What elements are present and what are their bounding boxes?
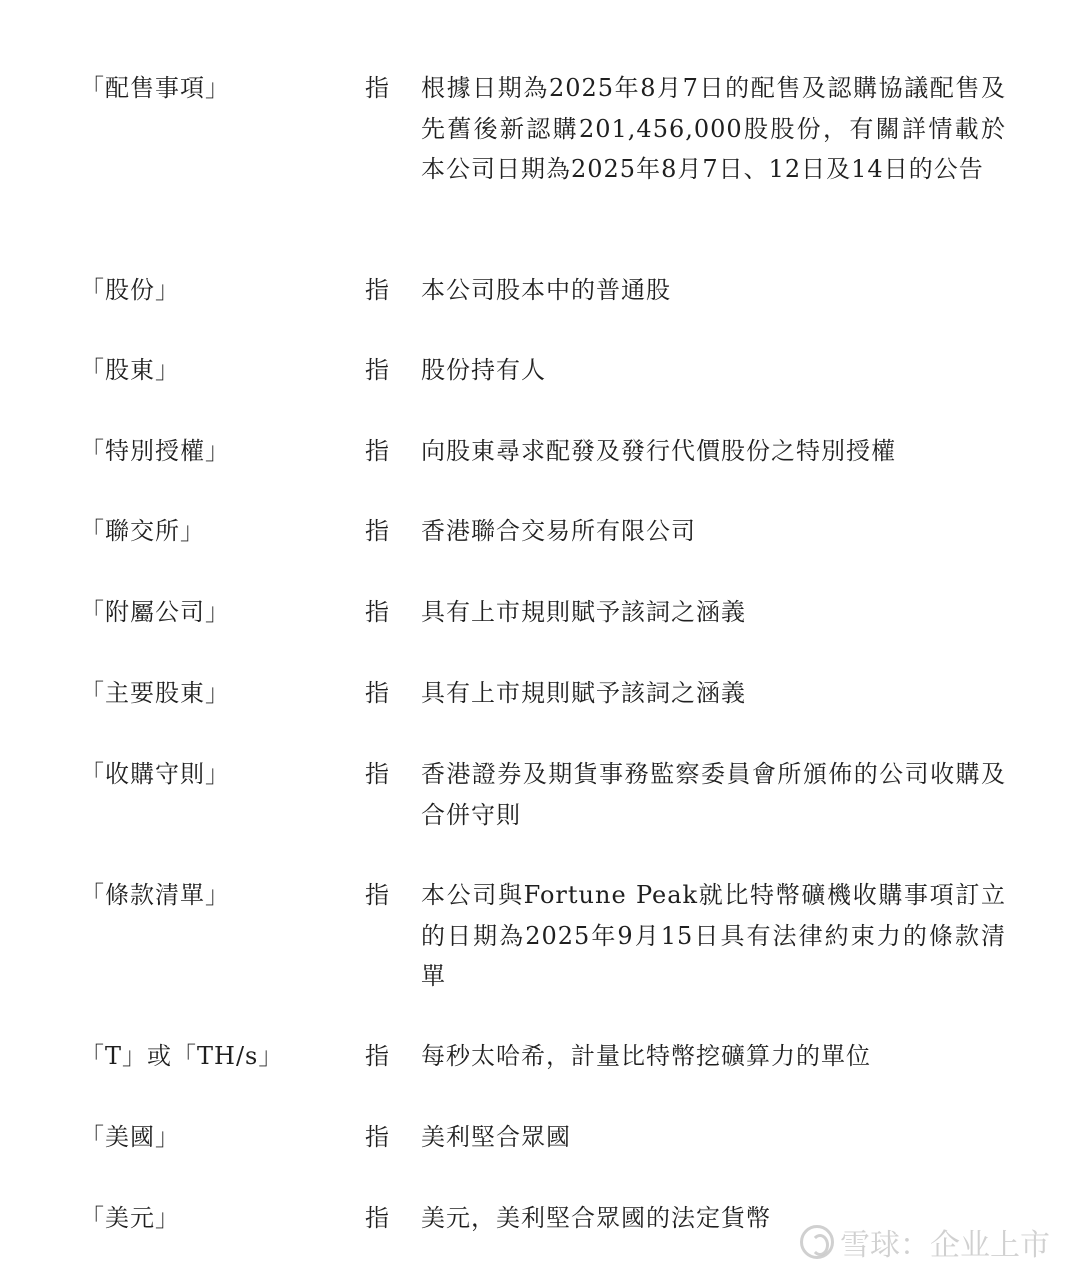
definition-term: 「配售事項」 [80, 68, 230, 108]
means-label: 指 [365, 511, 389, 551]
watermark: 雪球：企业上市 [800, 1220, 1050, 1264]
watermark-text: 雪球：企业上市 [840, 1220, 1050, 1264]
definition-description: 本公司與Fortune Peak就比特幣礦機收購事項訂立的日期為2025年9月1… [421, 875, 1006, 997]
definition-description: 向股東尋求配發及發行代價股份之特別授權 [421, 431, 1006, 472]
definition-description: 本公司股本中的普通股 [421, 270, 1006, 311]
definition-description: 美利堅合眾國 [421, 1117, 1006, 1158]
definition-term: 「條款清單」 [80, 875, 230, 915]
definition-description: 股份持有人 [421, 350, 1006, 391]
means-label: 指 [365, 754, 389, 794]
definition-term: 「股份」 [80, 270, 180, 310]
means-label: 指 [365, 592, 389, 632]
definition-term: 「附屬公司」 [80, 592, 230, 632]
means-label: 指 [365, 270, 389, 310]
definition-description: 具有上市規則賦予該詞之涵義 [421, 592, 1006, 633]
means-label: 指 [365, 350, 389, 390]
definition-description: 具有上市規則賦予該詞之涵義 [421, 673, 1006, 714]
snowball-logo-icon [800, 1225, 834, 1259]
definition-description: 香港聯合交易所有限公司 [421, 511, 1006, 552]
definition-term: 「特別授權」 [80, 431, 230, 471]
definition-description: 根據日期為2025年8月7日的配售及認購協議配售及先舊後新認購201,456,0… [421, 68, 1006, 190]
means-label: 指 [365, 68, 389, 108]
means-label: 指 [365, 1117, 389, 1157]
definition-description: 每秒太哈希，計量比特幣挖礦算力的單位 [421, 1036, 1006, 1077]
definition-term: 「美國」 [80, 1117, 180, 1157]
definition-description: 香港證券及期貨事務監察委員會所頒佈的公司收購及合併守則 [421, 754, 1006, 835]
means-label: 指 [365, 875, 389, 915]
definition-term: 「T」或「TH/s」 [80, 1036, 283, 1076]
definition-term: 「股東」 [80, 350, 180, 390]
means-label: 指 [365, 431, 389, 471]
means-label: 指 [365, 673, 389, 713]
definition-term: 「聯交所」 [80, 511, 205, 551]
definition-term: 「收購守則」 [80, 754, 230, 794]
definition-term: 「主要股東」 [80, 673, 230, 713]
means-label: 指 [365, 1036, 389, 1076]
definition-term: 「美元」 [80, 1198, 180, 1238]
means-label: 指 [365, 1198, 389, 1238]
